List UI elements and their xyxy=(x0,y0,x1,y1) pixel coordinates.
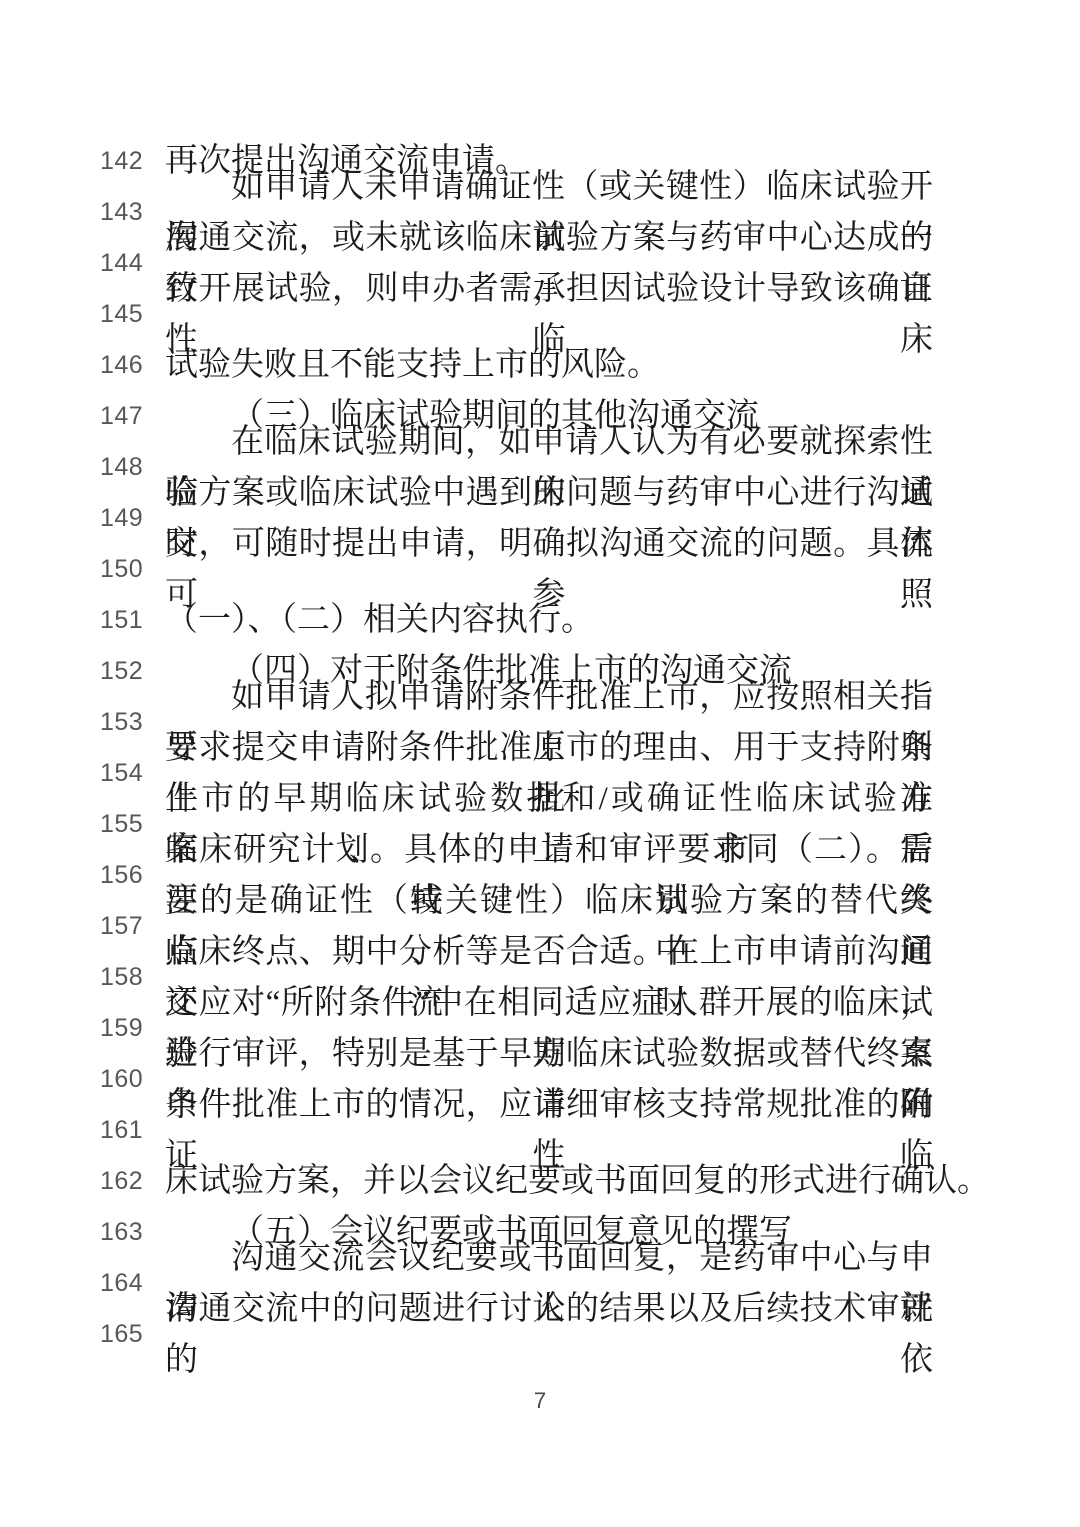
line-number: 145 xyxy=(100,289,165,340)
line-text: 试验失败且不能支持上市的风险。 xyxy=(165,340,933,391)
line-number: 155 xyxy=(100,799,165,850)
line-number: 152 xyxy=(100,646,165,697)
document-page: 142再次提出沟通交流申请。143如申请人未申请确证性（或关键性）临床试验开展前… xyxy=(0,0,1080,1527)
line-number: 160 xyxy=(100,1054,165,1105)
line-number: 147 xyxy=(100,391,165,442)
line-number: 143 xyxy=(100,187,165,238)
line-row: 150时，可随时提出申请，明确拟沟通交流的问题。具体可参照 xyxy=(100,544,933,595)
line-text: 沟通交流中的问题进行讨论的结果以及后续技术审评的依 xyxy=(165,1284,933,1386)
line-number: 144 xyxy=(100,238,165,289)
line-number: 161 xyxy=(100,1105,165,1156)
line-number: 156 xyxy=(100,850,165,901)
line-number: 163 xyxy=(100,1207,165,1258)
line-text: 床试验方案，并以会议纪要或书面回复的形式进行确认。 xyxy=(165,1156,933,1207)
line-number: 146 xyxy=(100,340,165,391)
line-row: 162床试验方案，并以会议纪要或书面回复的形式进行确认。 xyxy=(100,1156,933,1207)
line-number: 150 xyxy=(100,544,165,595)
line-row: 151（一）、（二）相关内容执行。 xyxy=(100,595,933,646)
page-number: 7 xyxy=(534,1388,546,1413)
line-number: 165 xyxy=(100,1309,165,1360)
line-text: （一）、（二）相关内容执行。 xyxy=(165,595,933,646)
line-number: 151 xyxy=(100,595,165,646)
line-number: 149 xyxy=(100,493,165,544)
page-footer: 7 xyxy=(0,1388,1080,1414)
line-number: 154 xyxy=(100,748,165,799)
line-number: 164 xyxy=(100,1258,165,1309)
document-lines: 142再次提出沟通交流申请。143如申请人未申请确证性（或关键性）临床试验开展前… xyxy=(100,136,933,1360)
line-number: 148 xyxy=(100,442,165,493)
line-number: 159 xyxy=(100,1003,165,1054)
line-row: 145行开展试验，则申办者需承担因试验设计导致该确证性临床 xyxy=(100,289,933,340)
line-row: 161条件批准上市的情况，应详细审核支持常规批准的确证性临 xyxy=(100,1105,933,1156)
line-number: 162 xyxy=(100,1156,165,1207)
line-number: 142 xyxy=(100,136,165,187)
line-row: 146试验失败且不能支持上市的风险。 xyxy=(100,340,933,391)
line-number: 158 xyxy=(100,952,165,1003)
line-number: 157 xyxy=(100,901,165,952)
line-number: 153 xyxy=(100,697,165,748)
line-row: 165沟通交流中的问题进行讨论的结果以及后续技术审评的依 xyxy=(100,1309,933,1360)
